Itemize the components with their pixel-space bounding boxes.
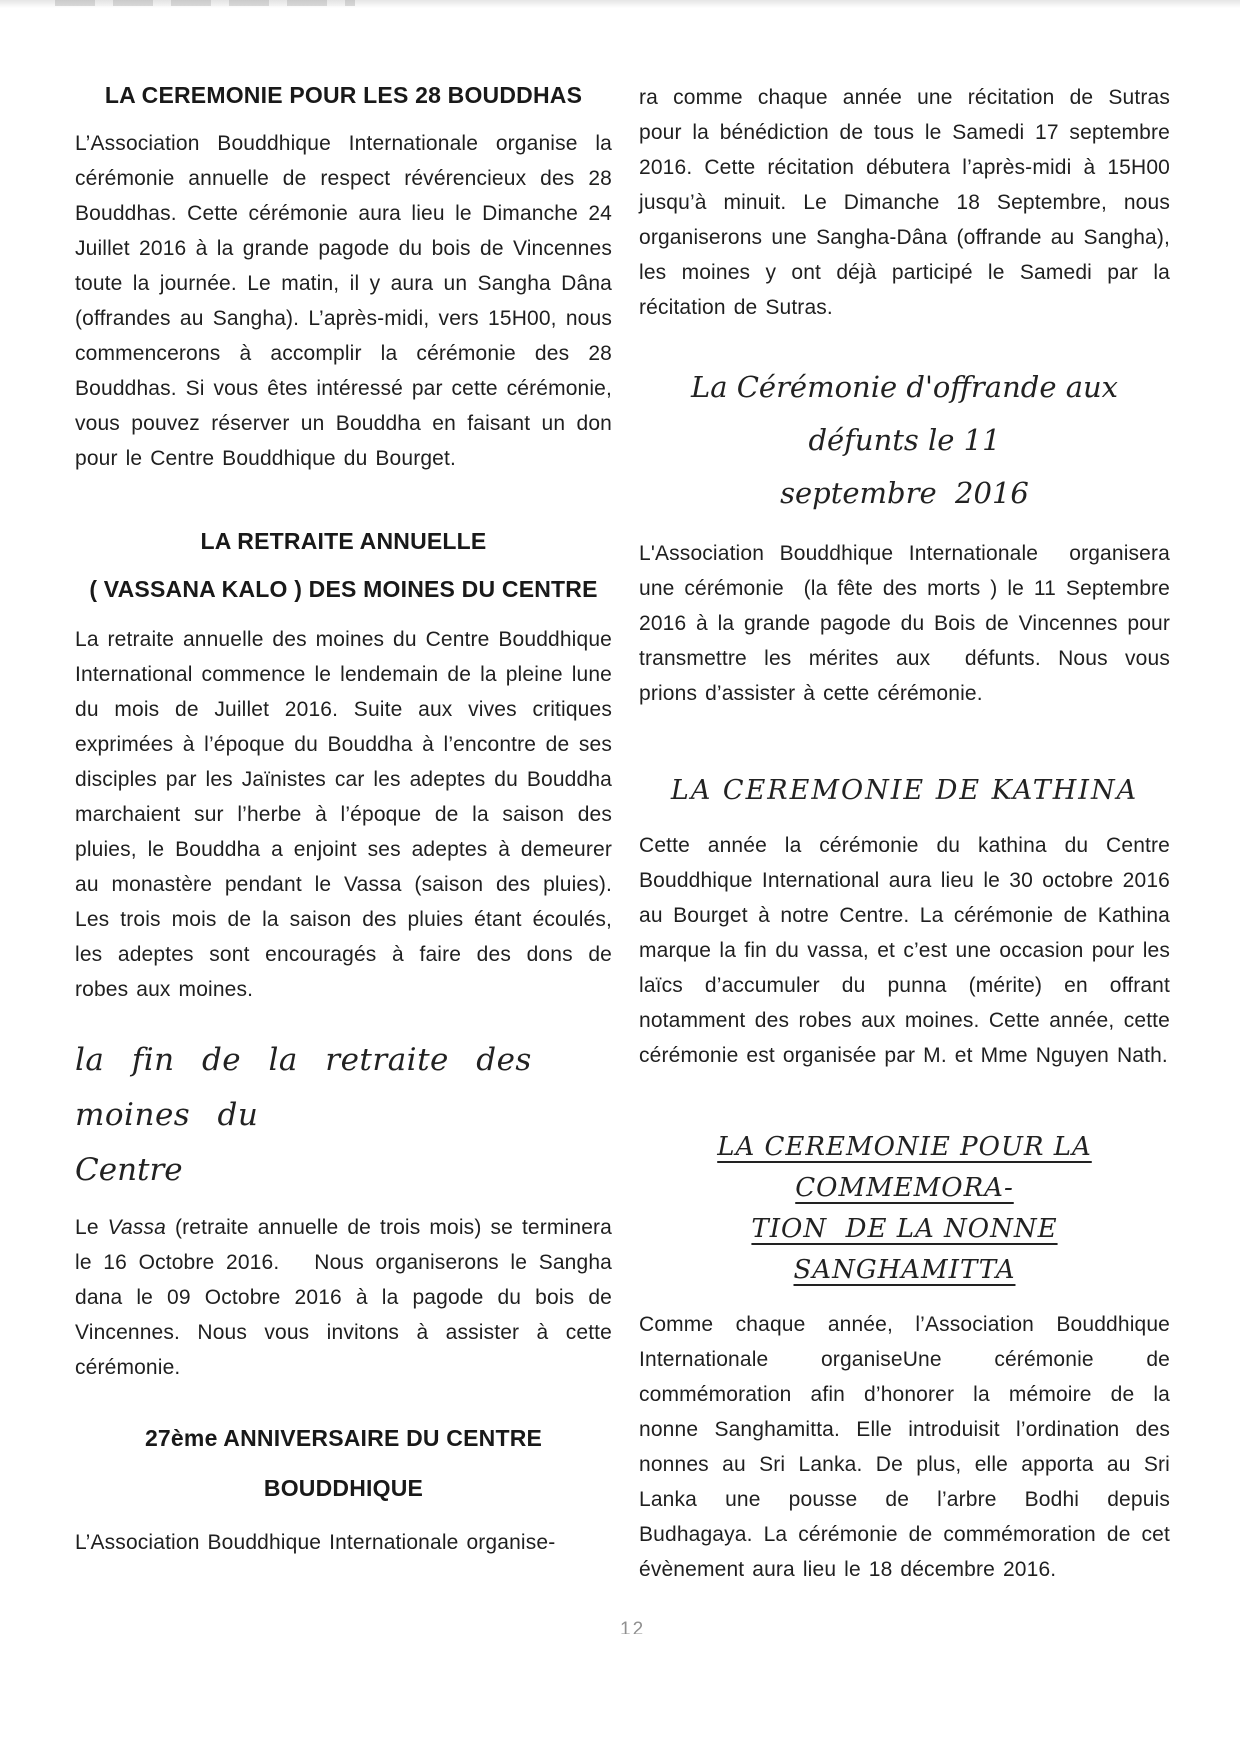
paragraph-anniversaire-start: L’Association Bouddhique Internationale … (75, 1525, 612, 1560)
left-column: LA CEREMONIE POUR LES 28 BOUDDHAS L’Asso… (75, 76, 612, 1587)
paragraph-anniversaire-continuation: ra comme chaque année une récitation de … (639, 80, 1170, 325)
heading-fin-retraite: la fin de la retraite des moines du Cent… (75, 1033, 612, 1198)
paragraph-commemoration-sanghamitta: Comme chaque année, l’Association Bouddh… (639, 1307, 1170, 1587)
heading-offrande-defunts-line2: septembre 2016 (639, 467, 1170, 520)
heading-offrande-defunts: La Cérémonie d'offrande aux défunts le 1… (639, 361, 1170, 520)
paragraph-retraite-annuelle: La retraite annuelle des moines du Centr… (75, 622, 612, 1007)
heading-fin-retraite-line1: la fin de la retraite des moines du (75, 1033, 612, 1143)
paragraph-ceremonie-28-bouddhas: L’Association Bouddhique Internationale … (75, 126, 612, 476)
page-number: 12 (620, 1620, 645, 1634)
heading-fin-retraite-line2: Centre (75, 1143, 612, 1198)
paragraph-kathina: Cette année la cérémonie du kathina du C… (639, 828, 1170, 1073)
heading-ceremonie-28-bouddhas: LA CEREMONIE POUR LES 28 BOUDDHAS (75, 80, 612, 110)
vassa-italic-word: Vassa (108, 1216, 166, 1239)
scanned-newsletter-page: LA CEREMONIE POUR LES 28 BOUDDHAS L’Asso… (0, 0, 1240, 1752)
scan-artifact-top (0, 0, 1240, 8)
paragraph-fin-retraite-prefix: Le (75, 1216, 108, 1239)
page-number-value: 12 (620, 1620, 645, 1634)
heading-offrande-defunts-line1: La Cérémonie d'offrande aux défunts le 1… (639, 361, 1170, 467)
two-column-layout: LA CEREMONIE POUR LES 28 BOUDDHAS L’Asso… (75, 76, 1170, 1587)
heading-anniversaire: 27ème ANNIVERSAIRE DU CENTRE BOUDDHIQUE (75, 1413, 612, 1513)
heading-commemoration-sanghamitta: LA CEREMONIE POUR LA COMMEMORA- TION DE … (639, 1127, 1170, 1291)
right-column: ra comme chaque année une récitation de … (639, 76, 1170, 1587)
heading-commemoration-line2: TION DE LA NONNE SANGHAMITTA (751, 1214, 1057, 1285)
paragraph-fin-retraite: Le Vassa (retraite annuelle de trois moi… (75, 1210, 612, 1385)
heading-anniversaire-line2: BOUDDHIQUE (75, 1463, 612, 1513)
paragraph-fin-retraite-rest: (retraite annuelle de trois mois) se ter… (75, 1216, 612, 1379)
heading-retraite-annuelle: LA RETRAITE ANNUELLE (75, 526, 612, 556)
heading-commemoration-line1: LA CEREMONIE POUR LA COMMEMORA- (717, 1132, 1092, 1203)
paragraph-offrande-defunts: L'Association Bouddhique Internationale … (639, 536, 1170, 711)
subheading-vassana-kalo: ( VASSANA KALO ) DES MOINES DU CENTRE (75, 574, 612, 604)
heading-anniversaire-line1: 27ème ANNIVERSAIRE DU CENTRE (75, 1413, 612, 1463)
heading-kathina: LA CEREMONIE DE KATHINA (639, 775, 1170, 806)
